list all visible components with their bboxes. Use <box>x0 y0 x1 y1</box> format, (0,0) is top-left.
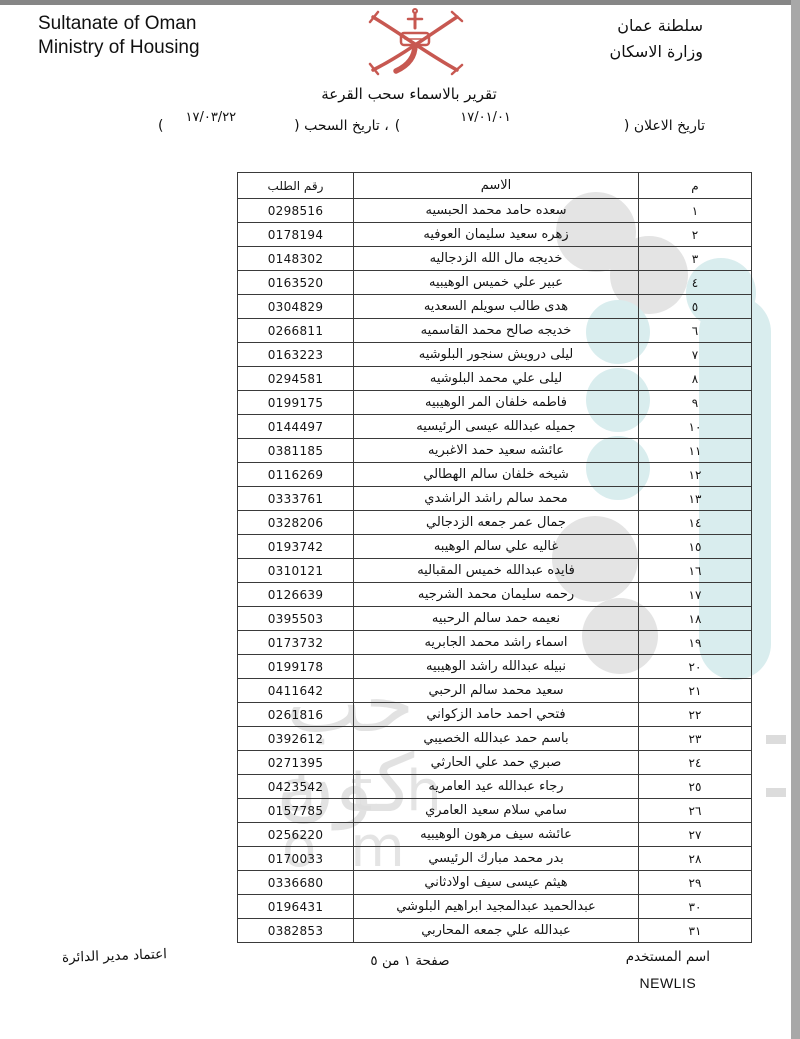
name-cell: خديجه مال الله الزدجاليه <box>354 247 639 271</box>
header-arabic-line1: سلطنة عمان <box>609 13 703 39</box>
serial-cell: ٢٧ <box>639 823 752 847</box>
name-cell: عبدالله علي جمعه المحاربي <box>354 919 639 943</box>
table-row: ٦خديجه صالح محمد القاسميه0266811 <box>238 319 752 343</box>
serial-cell: ٢٤ <box>639 751 752 775</box>
header-english-line2: Ministry of Housing <box>38 36 200 60</box>
name-cell: جمال عمر جمعه الزدجالي <box>354 511 639 535</box>
serial-cell: ٥ <box>639 295 752 319</box>
request-number-cell: 0126639 <box>238 583 354 607</box>
serial-cell: ١٠ <box>639 415 752 439</box>
serial-cell: ٢٢ <box>639 703 752 727</box>
department-director-approval-label: اعتماد مدير الدائرة <box>62 946 167 966</box>
document-title: تقرير بالاسماء سحب القرعة <box>0 85 800 103</box>
table-row: ٢٢فتحي احمد حامد الزكواني0261816 <box>238 703 752 727</box>
table-row: ١٧رحمه سليمان محمد الشرجيه0126639 <box>238 583 752 607</box>
request-number-cell: 0392612 <box>238 727 354 751</box>
request-number-cell: 0199175 <box>238 391 354 415</box>
name-cell: هدى طالب سويلم السعديه <box>354 295 639 319</box>
name-cell: رحمه سليمان محمد الشرجيه <box>354 583 639 607</box>
ministry-header-arabic: سلطنة عمان وزارة الاسكان <box>609 13 703 65</box>
name-cell: ليلى علي محمد البلوشيه <box>354 367 639 391</box>
name-cell: خديجه صالح محمد القاسميه <box>354 319 639 343</box>
table-row: ٢٠نبيله عبدالله راشد الوهيبيه0199178 <box>238 655 752 679</box>
request-number-cell: 0144497 <box>238 415 354 439</box>
table-header-row: م الاسم رقم الطلب <box>238 173 752 199</box>
serial-cell: ١٤ <box>639 511 752 535</box>
watermark-gray-dash <box>766 788 786 797</box>
name-cell: سعيد محمد سالم الرحبي <box>354 679 639 703</box>
serial-cell: ١١ <box>639 439 752 463</box>
serial-cell: ١٧ <box>639 583 752 607</box>
request-number-cell: 0163223 <box>238 343 354 367</box>
serial-cell: ١٣ <box>639 487 752 511</box>
name-cell: عائشه سيف مرهون الوهيبيه <box>354 823 639 847</box>
announcement-date-label: تاريخ الاعلان ( <box>624 118 705 134</box>
request-number-cell: 0381185 <box>238 439 354 463</box>
request-number-cell: 0256220 <box>238 823 354 847</box>
dates-line: تاريخ الاعلان ( ١٧/٠١/٠١ ) ، تاريخ السحب… <box>158 118 705 134</box>
request-number-cell: 0411642 <box>238 679 354 703</box>
draw-date-label: ، تاريخ السحب ( <box>294 118 389 134</box>
scan-edge-right <box>791 0 800 1039</box>
scan-edge-top <box>0 0 800 5</box>
name-cell: باسم حمد عبدالله الخصيبي <box>354 727 639 751</box>
request-number-cell: 0170033 <box>238 847 354 871</box>
name-cell: غاليه علي سالم الوهيبه <box>354 535 639 559</box>
announcement-date-value: ١٧/٠١/٠١ <box>460 110 511 125</box>
table-row: ١١عائشه سعيد حمد الاغبريه0381185 <box>238 439 752 463</box>
table-row: ٢٧عائشه سيف مرهون الوهيبيه0256220 <box>238 823 752 847</box>
name-cell: اسماء راشد محمد الجابريه <box>354 631 639 655</box>
request-number-cell: 0310121 <box>238 559 354 583</box>
lottery-names-table: م الاسم رقم الطلب ١سعده حامد محمد الحبسي… <box>237 172 752 943</box>
name-cell: عائشه سعيد حمد الاغبريه <box>354 439 639 463</box>
serial-cell: ١٢ <box>639 463 752 487</box>
serial-cell: ٨ <box>639 367 752 391</box>
name-cell: سعده حامد محمد الحبسيه <box>354 199 639 223</box>
serial-cell: ٣١ <box>639 919 752 943</box>
serial-cell: ٣ <box>639 247 752 271</box>
table-row: ٥هدى طالب سويلم السعديه0304829 <box>238 295 752 319</box>
name-cell: فتحي احمد حامد الزكواني <box>354 703 639 727</box>
serial-cell: ٤ <box>639 271 752 295</box>
serial-cell: ٢٣ <box>639 727 752 751</box>
serial-cell: ٢٩ <box>639 871 752 895</box>
request-number-cell: 0266811 <box>238 319 354 343</box>
ministry-header-english: Sultanate of Oman Ministry of Housing <box>38 12 200 60</box>
draw-date-close-paren: ) <box>158 118 163 134</box>
oman-national-emblem-icon <box>363 6 467 84</box>
name-cell: عبير علي خميس الوهيبيه <box>354 271 639 295</box>
name-cell: عبدالحميد عبدالمجيد ابراهيم البلوشي <box>354 895 639 919</box>
request-number-cell: 0333761 <box>238 487 354 511</box>
name-cell: رجاء عبدالله عيد العامريه <box>354 775 639 799</box>
table-row: ١٣محمد سالم راشد الراشدي0333761 <box>238 487 752 511</box>
table-row: ١٥غاليه علي سالم الوهيبه0193742 <box>238 535 752 559</box>
table-row: ٣١عبدالله علي جمعه المحاربي0382853 <box>238 919 752 943</box>
request-number-cell: 0298516 <box>238 199 354 223</box>
serial-cell: ٢٨ <box>639 847 752 871</box>
request-number-column-header: رقم الطلب <box>238 173 354 199</box>
table-row: ١٠جميله عبدالله عيسى الرئيسيه0144497 <box>238 415 752 439</box>
serial-cell: ٣٠ <box>639 895 752 919</box>
request-number-cell: 0116269 <box>238 463 354 487</box>
name-cell: هيثم عيسى سيف اولادثاني <box>354 871 639 895</box>
name-cell: فاطمه خلفان المر الوهيبيه <box>354 391 639 415</box>
serial-cell: ١٦ <box>639 559 752 583</box>
lottery-table-container: م الاسم رقم الطلب ١سعده حامد محمد الحبسي… <box>237 172 752 943</box>
request-number-cell: 0199178 <box>238 655 354 679</box>
name-cell: صبري حمد علي الحارثي <box>354 751 639 775</box>
request-number-cell: 0423542 <box>238 775 354 799</box>
table-row: ٢٩هيثم عيسى سيف اولادثاني0336680 <box>238 871 752 895</box>
request-number-cell: 0271395 <box>238 751 354 775</box>
serial-cell: ٧ <box>639 343 752 367</box>
name-cell: محمد سالم راشد الراشدي <box>354 487 639 511</box>
name-cell: فايده عبدالله خميس المقباليه <box>354 559 639 583</box>
header-arabic-line2: وزارة الاسكان <box>609 39 703 65</box>
serial-cell: ٩ <box>639 391 752 415</box>
name-column-header: الاسم <box>354 173 639 199</box>
table-row: ١٩اسماء راشد محمد الجابريه0173732 <box>238 631 752 655</box>
serial-cell: ٢٦ <box>639 799 752 823</box>
request-number-cell: 0382853 <box>238 919 354 943</box>
table-row: ٢١سعيد محمد سالم الرحبي0411642 <box>238 679 752 703</box>
table-row: ١سعده حامد محمد الحبسيه0298516 <box>238 199 752 223</box>
name-cell: نعيمه حمد سالم الرحبيه <box>354 607 639 631</box>
serial-cell: ٢٠ <box>639 655 752 679</box>
serial-cell: ٢ <box>639 223 752 247</box>
name-cell: سامي سلام سعيد العامري <box>354 799 639 823</box>
serial-cell: ٢١ <box>639 679 752 703</box>
name-cell: ليلى درويش سنجور البلوشيه <box>354 343 639 367</box>
serial-cell: ١٨ <box>639 607 752 631</box>
request-number-cell: 0328206 <box>238 511 354 535</box>
serial-cell: ١٩ <box>639 631 752 655</box>
footer-user-block: اسم المستخدم NEWLIS <box>626 949 710 991</box>
name-cell: زهره سعيد سليمان العوفيه <box>354 223 639 247</box>
table-row: ٢٥رجاء عبدالله عيد العامريه0423542 <box>238 775 752 799</box>
draw-date-value: ١٧/٠٣/٢٢ <box>186 110 237 125</box>
request-number-cell: 0178194 <box>238 223 354 247</box>
lottery-table-body: ١سعده حامد محمد الحبسيه0298516٢زهره سعيد… <box>238 199 752 943</box>
serial-cell: ٢٥ <box>639 775 752 799</box>
table-row: ٢٦سامي سلام سعيد العامري0157785 <box>238 799 752 823</box>
name-cell: جميله عبدالله عيسى الرئيسيه <box>354 415 639 439</box>
request-number-cell: 0193742 <box>238 535 354 559</box>
table-row: ١٨نعيمه حمد سالم الرحبيه0395503 <box>238 607 752 631</box>
table-row: ٨ليلى علي محمد البلوشيه0294581 <box>238 367 752 391</box>
request-number-cell: 0157785 <box>238 799 354 823</box>
table-row: ٧ليلى درويش سنجور البلوشيه0163223 <box>238 343 752 367</box>
user-name-value: NEWLIS <box>626 975 710 991</box>
serial-column-header: م <box>639 173 752 199</box>
request-number-cell: 0294581 <box>238 367 354 391</box>
table-row: ١٢شيخه خلفان سالم الهطالي0116269 <box>238 463 752 487</box>
table-row: ٣خديجه مال الله الزدجاليه0148302 <box>238 247 752 271</box>
table-row: ٢٨بدر محمد مبارك الرئيسي0170033 <box>238 847 752 871</box>
table-row: ١٤جمال عمر جمعه الزدجالي0328206 <box>238 511 752 535</box>
table-row: ٢٣باسم حمد عبدالله الخصيبي0392612 <box>238 727 752 751</box>
table-row: ٢٤صبري حمد علي الحارثي0271395 <box>238 751 752 775</box>
serial-cell: ١ <box>639 199 752 223</box>
name-cell: نبيله عبدالله راشد الوهيبيه <box>354 655 639 679</box>
request-number-cell: 0196431 <box>238 895 354 919</box>
user-name-label: اسم المستخدم <box>626 949 710 965</box>
request-number-cell: 0336680 <box>238 871 354 895</box>
serial-cell: ٦ <box>639 319 752 343</box>
table-row: ٤عبير علي خميس الوهيبيه0163520 <box>238 271 752 295</box>
announcement-date-close-paren: ) <box>395 118 400 134</box>
serial-cell: ١٥ <box>639 535 752 559</box>
table-row: ٢زهره سعيد سليمان العوفيه0178194 <box>238 223 752 247</box>
request-number-cell: 0395503 <box>238 607 354 631</box>
table-row: ٣٠عبدالحميد عبدالمجيد ابراهيم البلوشي019… <box>238 895 752 919</box>
name-cell: بدر محمد مبارك الرئيسي <box>354 847 639 871</box>
request-number-cell: 0173732 <box>238 631 354 655</box>
request-number-cell: 0163520 <box>238 271 354 295</box>
header-english-line1: Sultanate of Oman <box>38 12 200 36</box>
watermark-gray-dash <box>766 735 786 744</box>
scanned-document-page: { "header": { "english_line1": "Sultanat… <box>0 0 800 1039</box>
request-number-cell: 0304829 <box>238 295 354 319</box>
page-number-info: صفحة ١ من ٥ <box>340 953 480 969</box>
request-number-cell: 0148302 <box>238 247 354 271</box>
name-cell: شيخه خلفان سالم الهطالي <box>354 463 639 487</box>
table-row: ٩فاطمه خلفان المر الوهيبيه0199175 <box>238 391 752 415</box>
table-row: ١٦فايده عبدالله خميس المقباليه0310121 <box>238 559 752 583</box>
request-number-cell: 0261816 <box>238 703 354 727</box>
